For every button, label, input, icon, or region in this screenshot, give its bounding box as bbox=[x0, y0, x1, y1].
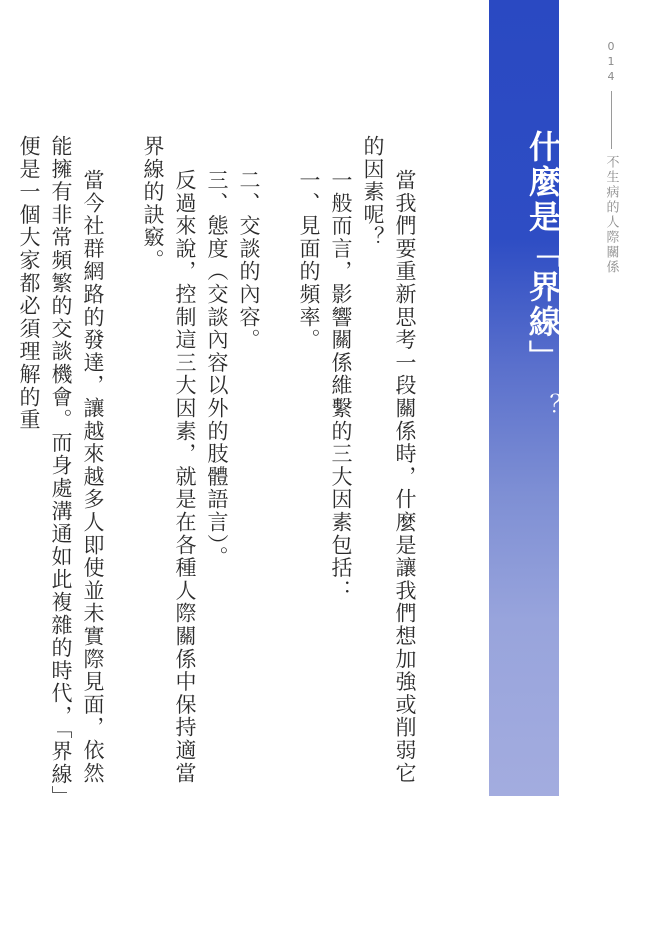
list-item-attitude: 三、態度（交談內容以外的肢體語言）。 bbox=[201, 135, 233, 800]
body-text: 當我們要重新思考一段關係時，什麼是讓我們想加強或削弱它的因素呢？ 一般而言，影響… bbox=[13, 135, 421, 800]
book-title: 不生病的人際關係 bbox=[605, 155, 618, 275]
running-header: 014 不生病的人際關係 bbox=[600, 40, 622, 275]
paragraph-three-factors: 一般而言，影響關係維繫的三大因素包括： bbox=[325, 135, 357, 800]
paragraph-intro-question: 當我們要重新思考一段關係時，什麼是讓我們想加強或削弱它的因素呢？ bbox=[357, 135, 421, 800]
chapter-title-banner: 什麼是「界線」 ？ bbox=[489, 0, 559, 796]
page-number: 014 bbox=[606, 40, 617, 85]
header-divider bbox=[611, 91, 612, 149]
chapter-title: 什麼是「界線」 ？ bbox=[489, 130, 559, 420]
paragraph-boundary-key: 反過來說，控制這三大因素，就是在各種人際關係中保持適當界線的訣竅。 bbox=[137, 135, 201, 800]
book-page: 014 不生病的人際關係 什麼是「界線」 ？ 當我們要重新思考一段關係時，什麼是… bbox=[0, 0, 663, 932]
list-item-content: 二、交談的內容。 bbox=[233, 135, 265, 800]
paragraph-social-network: 當今社群網路的發達，讓越來越多人即使並未實際見面，依然能擁有非常頻繁的交談機會。… bbox=[13, 135, 109, 800]
list-item-frequency: 一、見面的頻率。 bbox=[293, 135, 325, 800]
chapter-title-question-mark: ？ bbox=[489, 393, 559, 420]
chapter-title-text: 什麼是「界線」 bbox=[489, 130, 559, 375]
